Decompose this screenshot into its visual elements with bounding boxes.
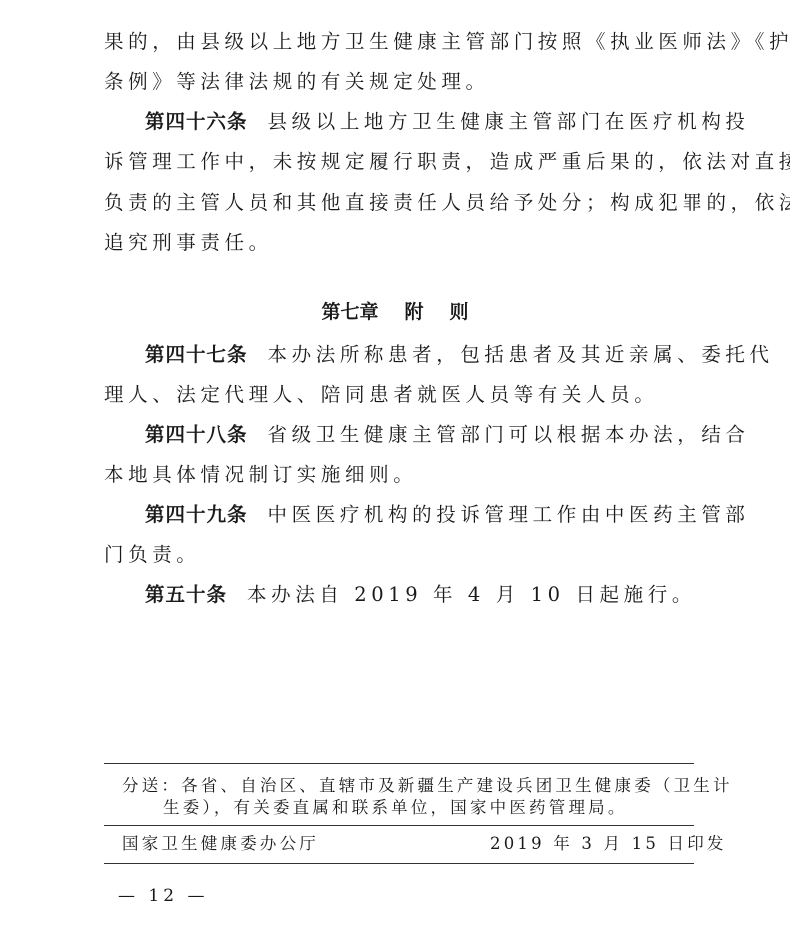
body-line: 理人、法定代理人、陪同患者就医人员等有关人员。 (104, 383, 694, 407)
page-number: — 12 — (118, 886, 208, 906)
body-line: 门负责。 (104, 543, 694, 567)
body-line: 追究刑事责任。 (104, 231, 694, 255)
article-47: 第四十七条本办法所称患者，包括患者及其近亲属、委托代 (145, 343, 735, 367)
article-text: 中医医疗机构的投诉管理工作由中医药主管部 (268, 503, 750, 526)
issue-date: 2019 年 3 月 15 日印发 (490, 833, 727, 855)
body-line: 本地具体情况制订实施细则。 (104, 463, 694, 487)
article-49: 第四十九条中医医疗机构的投诉管理工作由中医药主管部 (145, 503, 735, 527)
body-line: 果的，由县级以上地方卫生健康主管部门按照《执业医师法》《护士 (104, 30, 694, 54)
distribution-line: 生委），有关委直属和联系单位，国家中医药管理局。 (163, 797, 628, 819)
chapter-heading: 第七章附则 (0, 300, 790, 324)
body-line: 诉管理工作中，未按规定履行职责，造成严重后果的，依法对直接 (104, 150, 694, 174)
article-label: 第五十条 (145, 583, 227, 606)
issuer: 国家卫生健康委办公厅 (122, 833, 319, 855)
article-label: 第四十八条 (145, 423, 248, 446)
article-label: 第四十七条 (145, 343, 248, 366)
article-text: 本办法自 2019 年 4 月 10 日起施行。 (247, 583, 696, 606)
divider (104, 763, 694, 764)
body-line: 负责的主管人员和其他直接责任人员给予处分；构成犯罪的，依法 (104, 191, 694, 215)
article-46: 第四十六条县级以上地方卫生健康主管部门在医疗机构投 (145, 110, 735, 134)
distribution-line: 分送：各省、自治区、直辖市及新疆生产建设兵团卫生健康委（卫生计 (122, 775, 733, 797)
article-text: 本办法所称患者，包括患者及其近亲属、委托代 (268, 343, 774, 366)
article-48: 第四十八条省级卫生健康主管部门可以根据本办法，结合 (145, 423, 735, 447)
article-label: 第四十九条 (145, 503, 248, 526)
article-label: 第四十六条 (145, 110, 248, 133)
divider (104, 825, 694, 826)
article-text: 省级卫生健康主管部门可以根据本办法，结合 (268, 423, 750, 446)
body-line: 条例》等法律法规的有关规定处理。 (104, 70, 694, 94)
article-text: 县级以上地方卫生健康主管部门在医疗机构投 (268, 110, 750, 133)
divider (104, 863, 694, 864)
article-50: 第五十条本办法自 2019 年 4 月 10 日起施行。 (145, 583, 735, 607)
